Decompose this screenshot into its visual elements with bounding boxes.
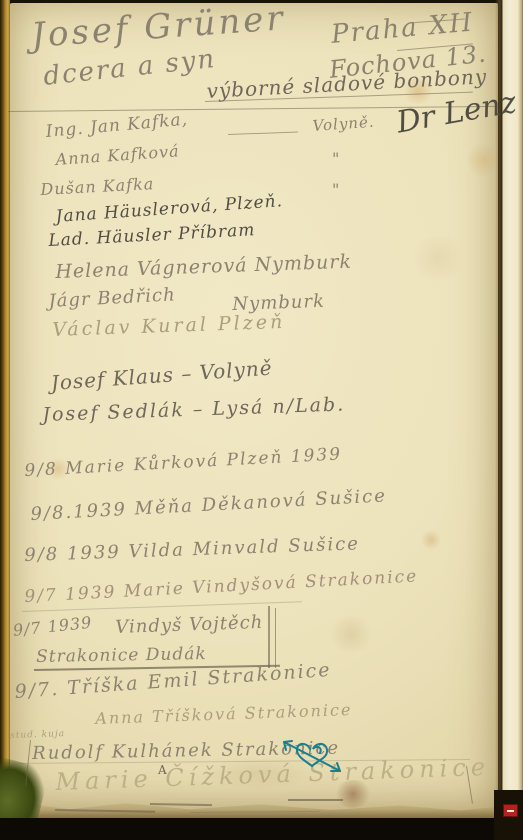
box-line <box>275 608 276 668</box>
book-gutter-edge <box>0 0 10 821</box>
scanned-guestbook-page: Josef Grüner Praha XII dcera a syn Focho… <box>0 0 523 840</box>
scan-background-strip <box>0 818 523 840</box>
heart-arrow-doodle <box>276 733 350 781</box>
box-line <box>268 606 270 668</box>
note-stud: stud. kuja <box>10 729 65 741</box>
page-gap-shadow <box>495 0 503 826</box>
marker-dash <box>507 810 514 812</box>
ditto-mark: " <box>332 149 340 168</box>
ditto-mark: " <box>332 180 340 199</box>
entry-strakonice-dudak: Strakonice Dudák <box>36 644 207 667</box>
scribble-dash <box>288 799 343 801</box>
red-marker-icon <box>503 804 518 817</box>
